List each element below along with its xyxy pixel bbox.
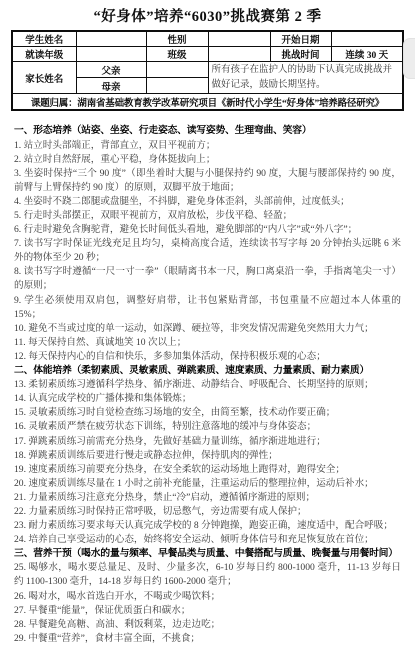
student-info-table: 学生姓名 性别 开始日期 就读年级 班级 挑战时间 连续 30 天 家长姓名 父… <box>11 30 404 111</box>
challenge-item: 29. 中餐重“营养”，食材丰富全面，不挑食； <box>14 632 401 646</box>
challenge-item: 26. 喝对水，喝水首选白开水，不喝或少喝饮料； <box>14 590 401 604</box>
challenge-time-value: 连续 30 天 <box>331 47 403 62</box>
class-field <box>208 47 270 62</box>
challenge-item: 22. 力量素质练习时保持正常呼吸，切忌憋气，旁边需要有成人保护； <box>14 505 401 519</box>
challenge-item: 10. 避免不当或过度的单一运动，如深蹲、硬拉等，非突发情况需避免突然用大力气； <box>14 322 401 336</box>
project-attribution: 课题归属：湖南省基础教育教学改革研究项目《新时代小学生“好身体”培养路径研究》 <box>12 94 403 111</box>
start-date-field <box>331 31 403 47</box>
section-heading-posture: 一、形态培养（站姿、坐姿、行走姿态、读写姿势、生理弯曲、笑容） <box>14 124 401 138</box>
challenge-item: 7. 读书写字时保证光线充足且均匀，桌椅高度合适，连续读书写字每 20 分钟抬头… <box>14 237 401 265</box>
challenge-item: 18. 弹跳素质训练后要进行慢走或静态拉伸，保持肌肉的弹性； <box>14 449 401 463</box>
challenge-item: 14. 认真完成学校的广播体操和集体锻炼； <box>14 392 401 406</box>
mother-label: 母亲 <box>76 78 146 94</box>
challenge-item: 15. 灵敏素质练习时自觉检查练习场地的安全，由简至繁，技术动作要正确； <box>14 406 401 420</box>
challenge-item: 5. 行走时头部摆正，双眼平视前方，双肩放松，步伐平稳、轻盈； <box>14 209 401 223</box>
guardian-note: 所有孩子在监护人的协助下认真完成挑战并做好记录，鼓励长期坚持。 <box>208 62 403 94</box>
challenge-rules-content: 一、形态培养（站姿、坐姿、行走姿态、读写姿势、生理弯曲、笑容） 1. 站立时头部… <box>0 111 415 645</box>
page-title: “好身体”培养“6030”挑战赛第 2 季 <box>0 5 415 26</box>
challenge-item: 2. 站立时自然舒展，重心平稳，身体挺拔向上； <box>14 153 401 167</box>
challenge-item: 17. 弹跳素质练习前需充分热身，先做好基础力量训练，循序渐进地进行； <box>14 435 401 449</box>
class-label: 班级 <box>146 47 208 62</box>
section-heading-fitness: 二、体能培养（柔韧素质、灵敏素质、弹跳素质、速度素质、力量素质、耐力素质） <box>14 364 401 378</box>
gender-field <box>208 31 270 47</box>
challenge-item: 16. 灵敏素质严禁在疲劳状态下训练，特别注意落地的缓冲与身体姿态； <box>14 420 401 434</box>
challenge-item: 20. 速度素质训练尽量在 1 小时之前补充能量，注重运动后的整理拉伸，运动后补… <box>14 477 401 491</box>
challenge-item: 6. 行走时避免含胸驼背，避免长时间低头看地，避免脚部的“内八字”或“外八字”； <box>14 223 401 237</box>
challenge-item: 4. 坐姿时不跷二郎腿或盘腿坐，不抖脚，避免身体歪斜，头部前伸，过度低头； <box>14 195 401 209</box>
student-name-field <box>76 31 146 47</box>
start-date-label: 开始日期 <box>270 31 331 47</box>
challenge-item: 8. 读书写字时遵循“一尺一寸一拳”（眼睛离书本一尺，胸口离桌沿一拳，手指离笔尖… <box>14 265 401 293</box>
challenge-item: 24. 培养自己享受运动的心态，始终将安全运动、倾听身体信号和充足恢复放在首位； <box>14 533 401 547</box>
grade-field <box>76 47 146 62</box>
challenge-item: 25. 喝够水，喝水要总量足、及时、少量多次，6-10 岁每日约 800-100… <box>14 561 401 589</box>
challenge-item: 12. 每天保持内心的自信和快乐，多参加集体活动，保持积极乐观的心态； <box>14 350 401 364</box>
challenge-item: 3. 坐姿时保持“三个 90 度”（即坐着时大腿与小腿保持约 90 度，大腿与腰… <box>14 167 401 195</box>
challenge-item: 21. 力量素质练习注意充分热身，禁止“冷”启动，遵循循序渐进的原则； <box>14 491 401 505</box>
document-page: “好身体”培养“6030”挑战赛第 2 季 学生姓名 性别 开始日期 就读年级 … <box>0 0 415 649</box>
challenge-item: 28. 早餐避免高糖、高油、剩饭剩菜，边走边吃； <box>14 618 401 632</box>
student-name-label: 学生姓名 <box>12 31 76 47</box>
father-label: 父亲 <box>76 62 146 78</box>
grade-label: 就读年级 <box>12 47 76 62</box>
challenge-item: 27. 早餐重“能量”，保证优质蛋白和碳水； <box>14 604 401 618</box>
gender-label: 性别 <box>146 31 208 47</box>
parent-name-label: 家长姓名 <box>12 62 76 94</box>
mother-name-field <box>146 78 208 94</box>
challenge-time-label: 挑战时间 <box>270 47 331 62</box>
challenge-item: 11. 每天保持自然、真诚地笑 10 次以上； <box>14 336 401 350</box>
challenge-item: 13. 柔韧素质练习遵循科学热身、循序渐进、动静结合、呼吸配合、长期坚持的原则； <box>14 378 401 392</box>
side-panel-handle[interactable] <box>403 38 415 79</box>
challenge-item: 9. 学生必须使用双肩包，调整好肩带，让书包紧贴背部，书包重量不应超过本人体重的… <box>14 294 401 322</box>
challenge-item: 19. 速度素质练习前要充分热身，在安全柔软的运动场地上跑得对，跑得安全； <box>14 463 401 477</box>
section-heading-nutrition: 三、营养干预（喝水的量与频率、早餐品类与质量、中餐搭配与质量、晚餐量与用餐时间） <box>14 547 401 561</box>
challenge-item: 1. 站立时头部端正，背部直立，双目平视前方； <box>14 139 401 153</box>
challenge-item: 23. 耐力素质练习要求每天认真完成学校的 8 分钟跑操，跑姿正确，速度适中，配… <box>14 519 401 533</box>
father-name-field <box>146 62 208 78</box>
